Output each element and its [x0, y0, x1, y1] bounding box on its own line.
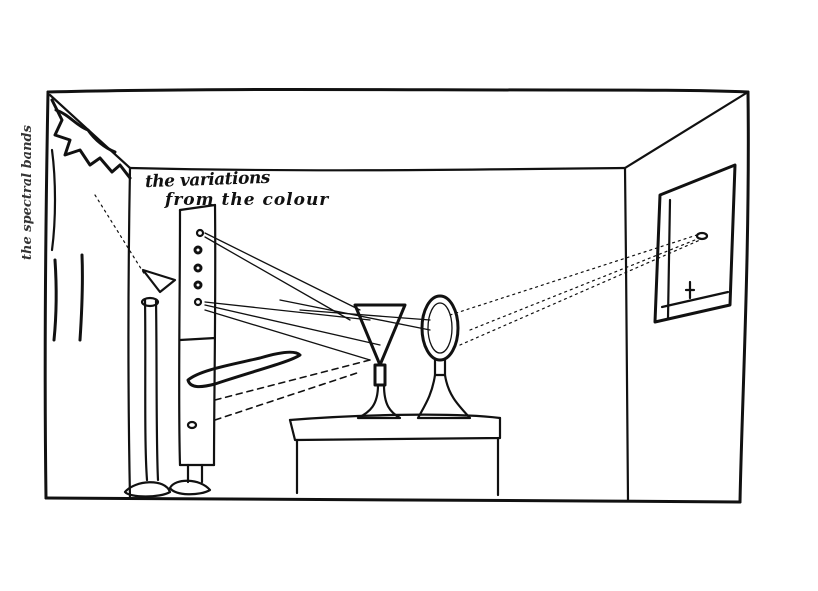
corner-hatching [52, 100, 130, 340]
annotation-line2: from the colour [165, 190, 329, 210]
window-right-wall [655, 165, 735, 322]
tall-stand-left [125, 270, 175, 497]
room-frame [45, 90, 748, 503]
screen-panel [170, 205, 215, 494]
annotation-side-note: the spectral bands [20, 125, 35, 260]
oval-mirror [418, 296, 470, 418]
table [290, 415, 500, 495]
spectrum-trail [188, 352, 300, 386]
glass-goblet [355, 305, 405, 418]
light-rays [95, 195, 700, 420]
sketch-drawing [0, 0, 818, 591]
